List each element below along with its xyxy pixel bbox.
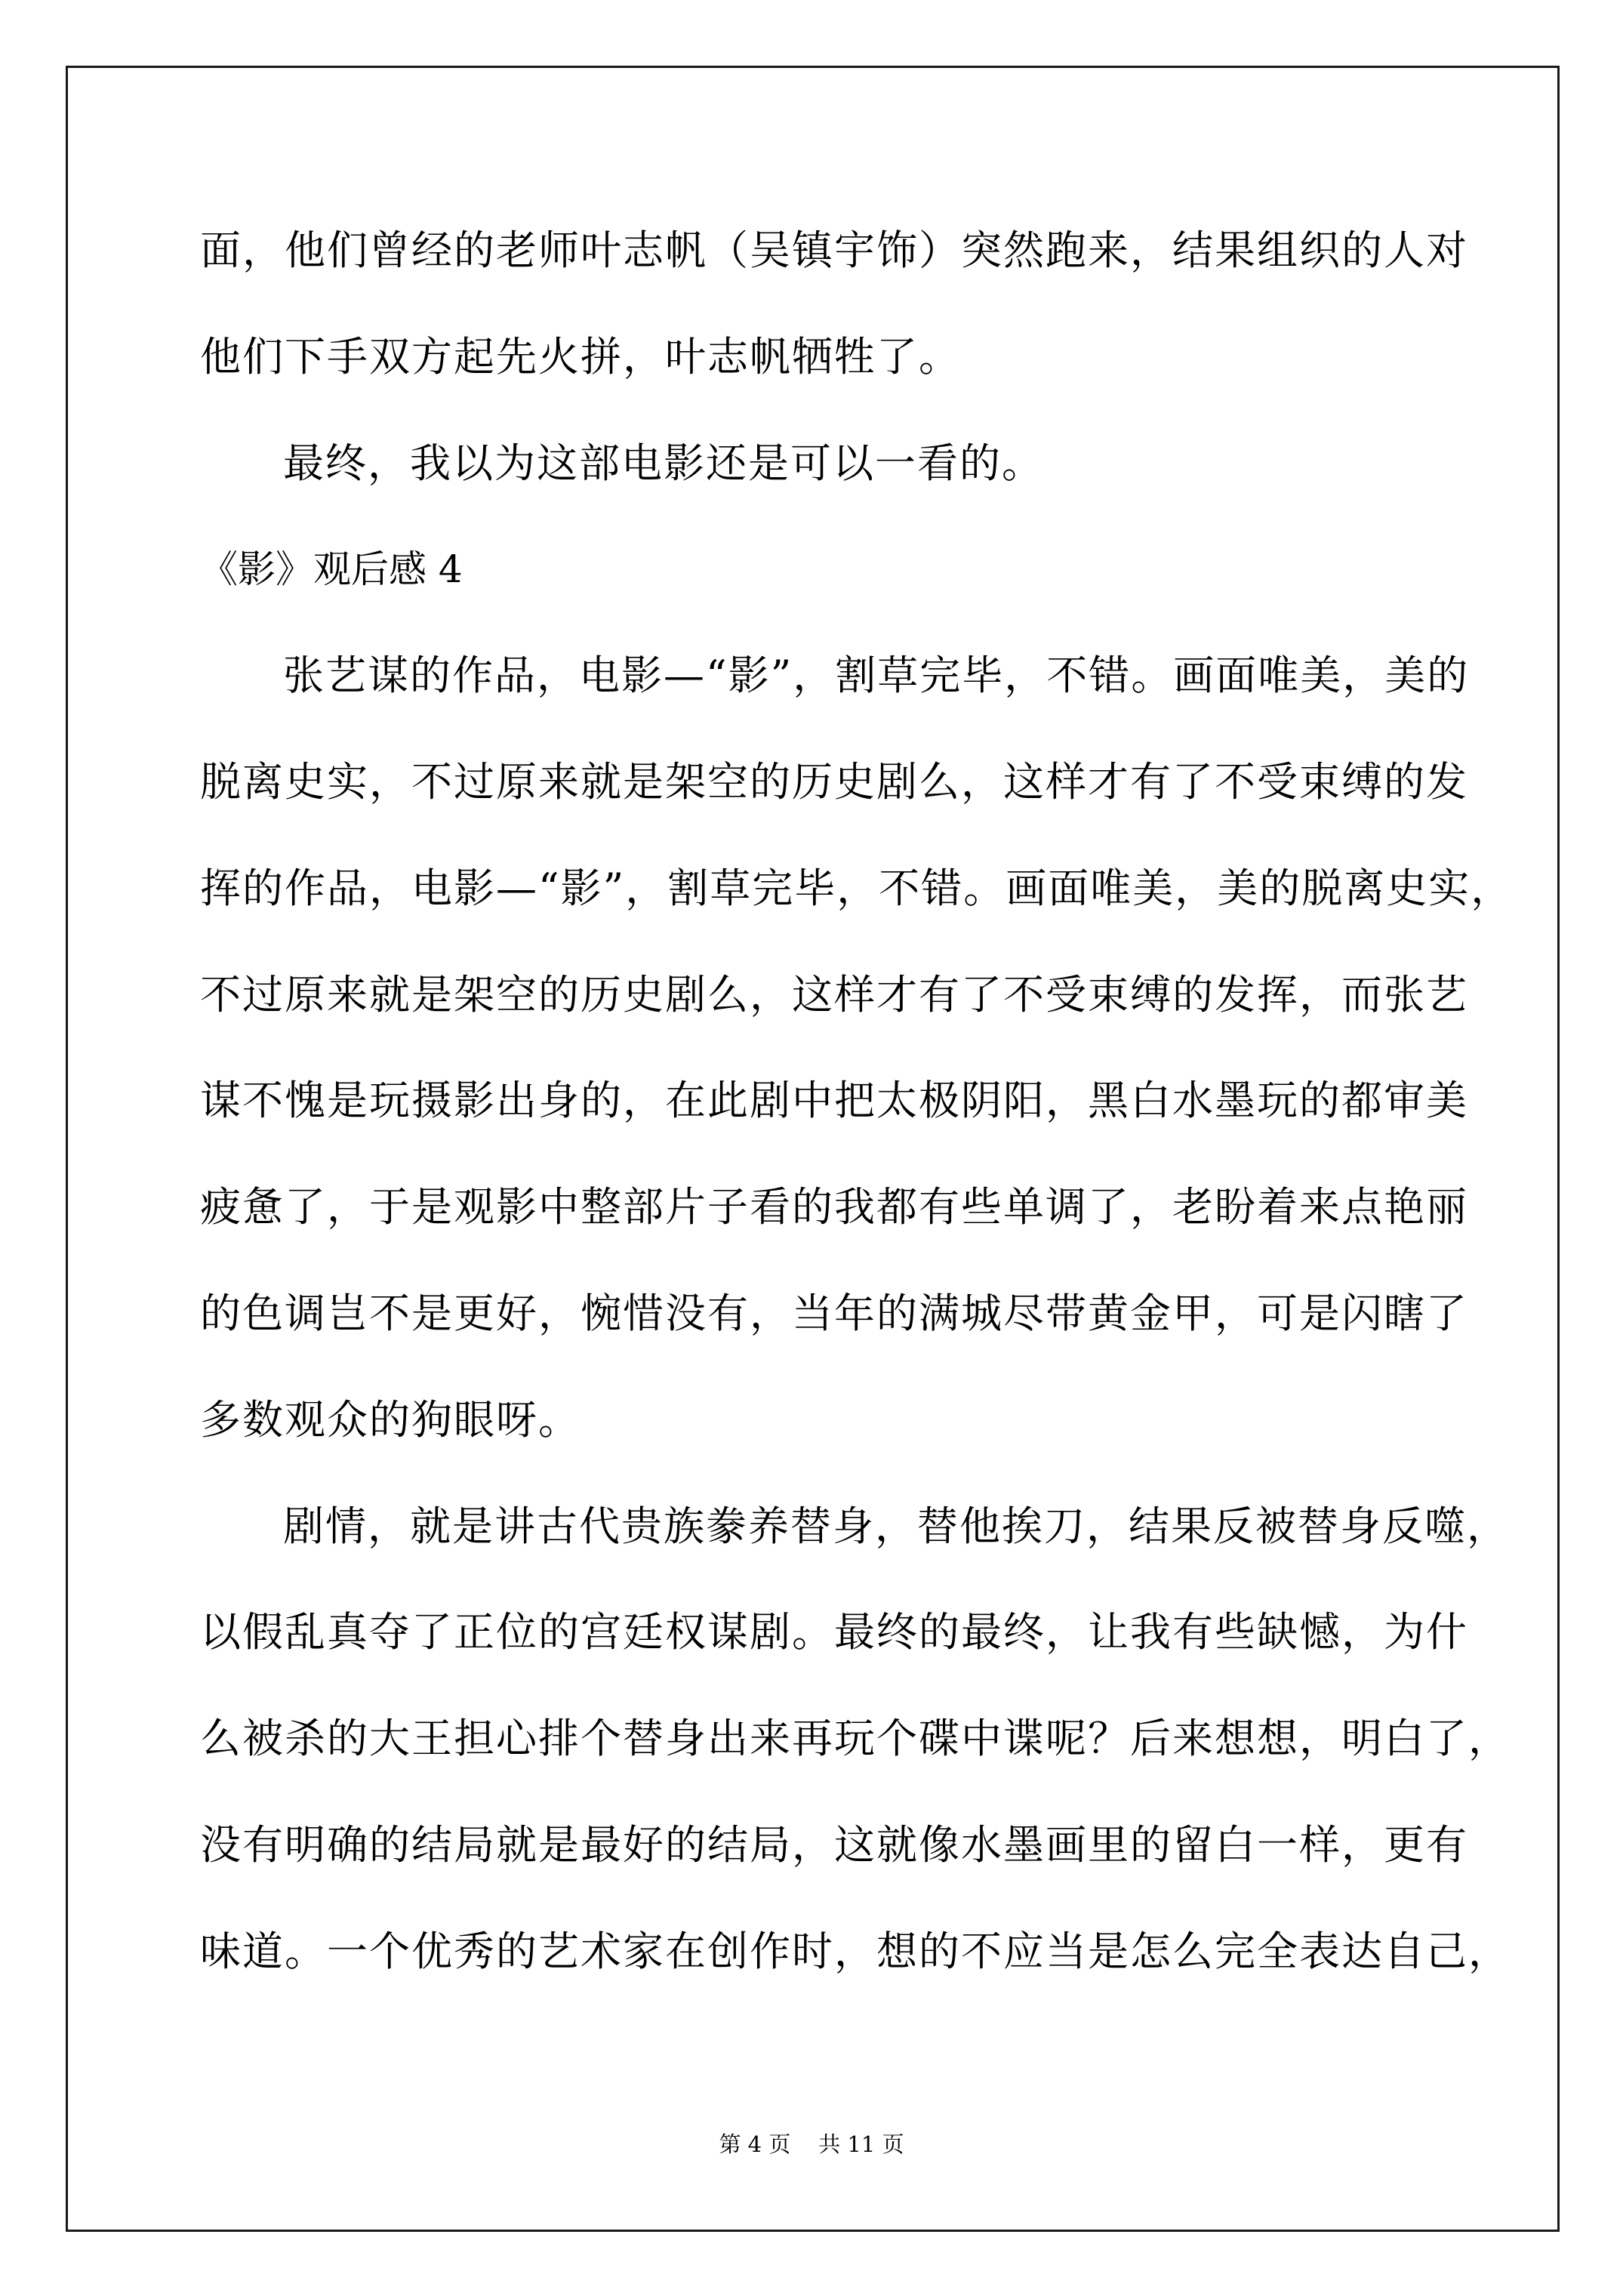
text-line: 的色调岂不是更好，惋惜没有，当年的满城尽带黄金甲，可是闪瞎了 [200, 1261, 1442, 1367]
paragraph-first-line: 张艺谋的作品，电影—“影”，割草完毕，不错。画面唯美，美的 [200, 623, 1442, 729]
section-heading: 《影》观后感 4 [200, 516, 1442, 623]
paragraph-first-line: 剧情，就是讲古代贵族豢养替身，替他挨刀，结果反被替身反噬， [200, 1474, 1442, 1580]
page-number-footer: 第 4 页 共 11 页 [66, 2131, 1557, 2158]
document-body: 面，他们曾经的老师叶志帆（吴镇宇饰）突然跑来，结果组织的人对 他们下手双方起先火… [200, 198, 1442, 2005]
text-line: 多数观众的狗眼呀。 [200, 1367, 1442, 1474]
paragraph-first-line: 最终，我以为这部电影还是可以一看的。 [200, 411, 1442, 517]
text-line: 脱离史实，不过原来就是架空的历史剧么，这样才有了不受束缚的发 [200, 729, 1442, 836]
text-line: 他们下手双方起先火拼，叶志帆牺牲了。 [200, 304, 1442, 411]
text-line: 挥的作品，电影—“影”，割草完毕，不错。画面唯美，美的脱离史实， [200, 836, 1442, 942]
text-line: 不过原来就是架空的历史剧么，这样才有了不受束缚的发挥，而张艺 [200, 942, 1442, 1049]
text-line: 没有明确的结局就是最好的结局，这就像水墨画里的留白一样，更有 [200, 1792, 1442, 1899]
text-line: 面，他们曾经的老师叶志帆（吴镇宇饰）突然跑来，结果组织的人对 [200, 198, 1442, 304]
text-line: 么被杀的大王担心排个替身出来再玩个碟中谍呢？后来想想，明白了， [200, 1686, 1442, 1792]
text-line: 味道。一个优秀的艺术家在创作时，想的不应当是怎么完全表达自己， [200, 1899, 1442, 2005]
text-line: 谋不愧是玩摄影出身的，在此剧中把太极阴阳，黑白水墨玩的都审美 [200, 1048, 1442, 1154]
text-line: 以假乱真夺了正位的宫廷权谋剧。最终的最终，让我有些缺憾，为什 [200, 1579, 1442, 1686]
text-line: 疲惫了，于是观影中整部片子看的我都有些单调了，老盼着来点艳丽 [200, 1154, 1442, 1261]
